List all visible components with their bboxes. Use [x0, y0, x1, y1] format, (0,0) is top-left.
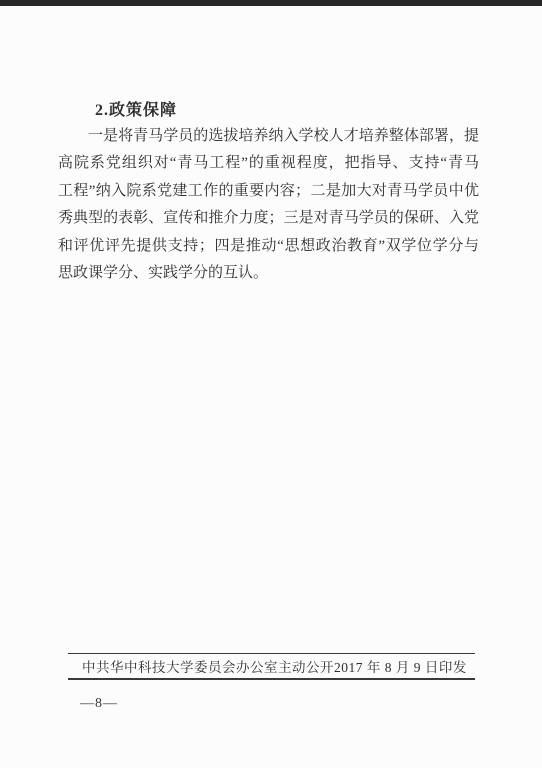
document-page: 2.政策保障 一是将青马学员的选拔培养纳入学校人才培养整体部署，提 高院系党组织… [0, 0, 542, 768]
issuance-footer: 中共华中科技大学委员会办公室 主动公开 2017 年 8 月 9 日印发 [68, 653, 475, 680]
paragraph-line: 秀典型的表彰、宣传和推介力度；三是对青马学员的保研、入党 [58, 205, 479, 232]
footer-issuer: 中共华中科技大学委员会办公室 [82, 656, 278, 676]
footer-disclosure: 主动公开 [278, 656, 334, 676]
paragraph-line: 和评优评先提供支持；四是推动“思想政治教育”双学位学分与 [58, 233, 479, 260]
paragraph-line: 工程”纳入院系党建工作的重要内容；二是加大对青马学员中优 [58, 178, 479, 205]
section-heading: 2.政策保障 [95, 102, 177, 120]
paragraph-line: 高院系党组织对“青马工程”的重视程度，把指导、支持“青马 [58, 150, 479, 177]
paragraph-line: 一是将青马学员的选拔培养纳入学校人才培养整体部署，提 [58, 123, 479, 150]
footer-print-date: 2017 年 8 月 9 日印发 [334, 656, 467, 676]
paragraph-line: 思政课学分、实践学分的互认。 [58, 260, 479, 287]
page-number: —8— [80, 696, 118, 711]
scan-edge-bar [0, 0, 542, 6]
body-paragraph: 一是将青马学员的选拔培养纳入学校人才培养整体部署，提 高院系党组织对“青马工程”… [58, 123, 479, 287]
